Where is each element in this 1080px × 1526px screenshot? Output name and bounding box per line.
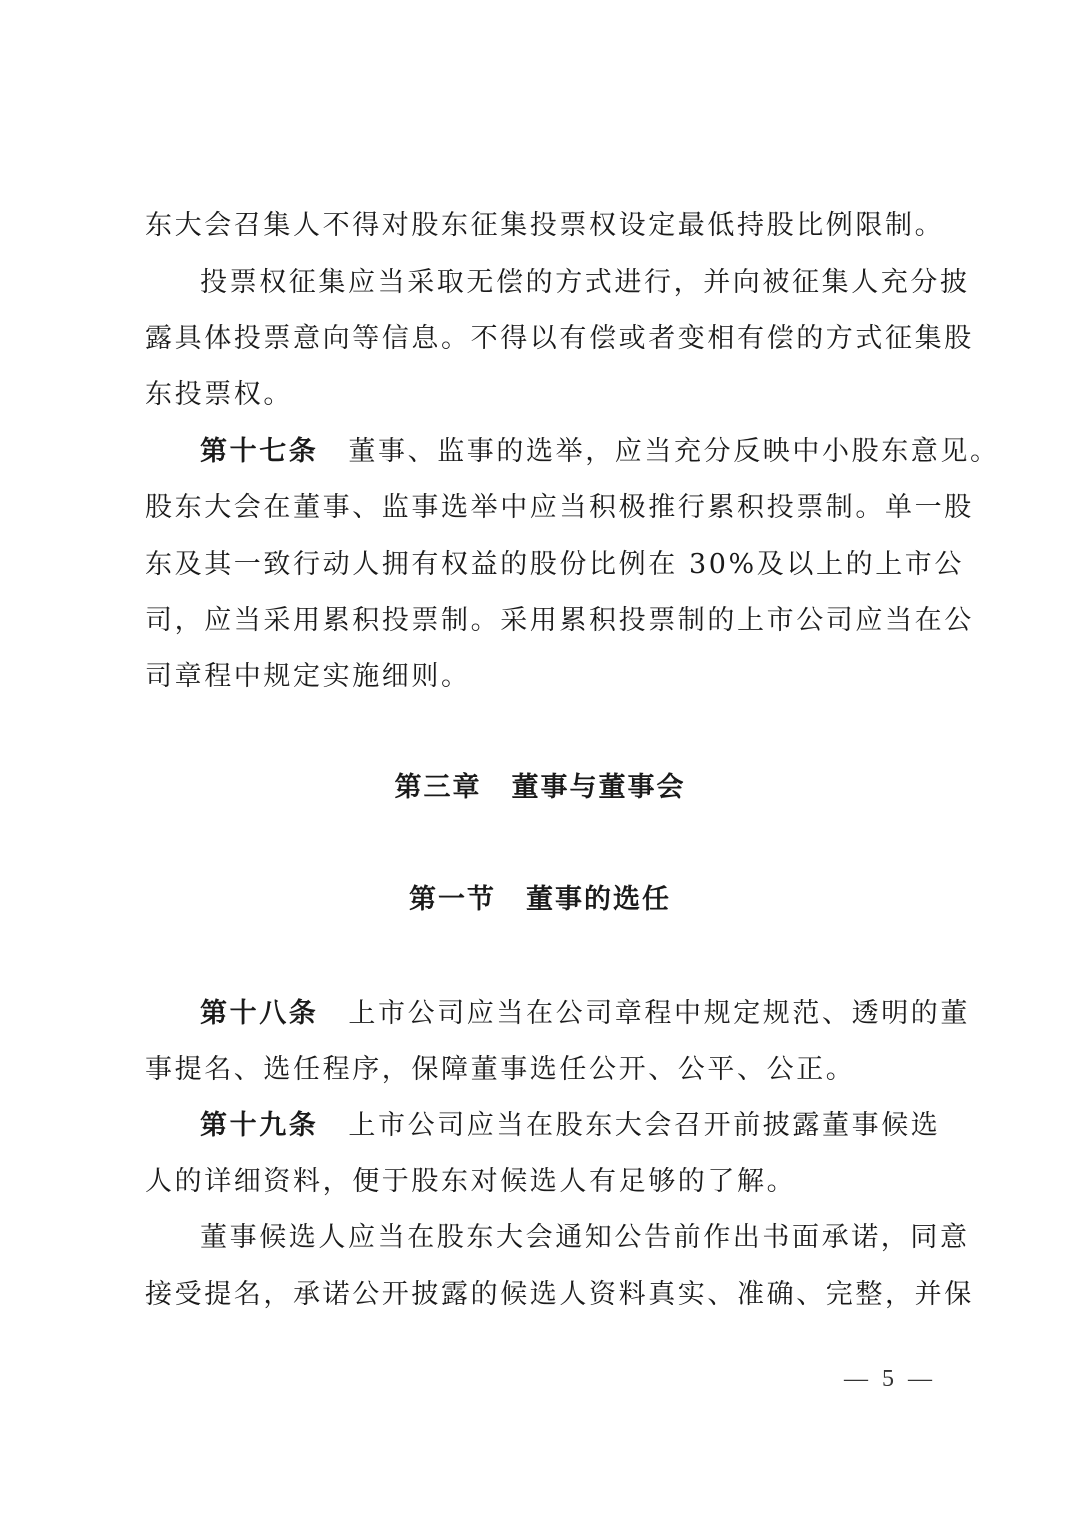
- chapter-heading: 第三章董事与董事会: [0, 768, 1080, 808]
- article-text: 董事、监事的选举，应当充分反映中小股东意见。: [348, 436, 999, 467]
- document-page: 东大会召集人不得对股东征集投票权设定最低持股比例限制。 投票权征集应当采取无偿的…: [0, 0, 1080, 1526]
- text-line: 东及其一致行动人拥有权益的股份比例在 30%及以上的上市公: [145, 545, 937, 585]
- text-line: 股东大会在董事、监事选举中应当积极推行累积投票制。单一股: [145, 488, 937, 528]
- section-heading: 第一节董事的选任: [0, 880, 1080, 920]
- text-line: 司章程中规定实施细则。: [145, 657, 937, 697]
- article-label: 第十九条: [200, 1110, 318, 1141]
- text-line: 事提名、选任程序，保障董事选任公开、公平、公正。: [145, 1050, 937, 1090]
- text-line: 董事候选人应当在股东大会通知公告前作出书面承诺，同意: [200, 1218, 937, 1258]
- article-17-first-line: 第十七条董事、监事的选举，应当充分反映中小股东意见。: [200, 432, 937, 472]
- text-line: 接受提名，承诺公开披露的候选人资料真实、准确、完整，并保: [145, 1275, 937, 1315]
- text-line: 露具体投票意向等信息。不得以有偿或者变相有偿的方式征集股: [145, 319, 937, 359]
- article-label: 第十八条: [200, 998, 318, 1029]
- chapter-title: 董事与董事会: [512, 772, 686, 803]
- text-line: 人的详细资料，便于股东对候选人有足够的了解。: [145, 1162, 937, 1202]
- page-number: — 5 —: [820, 1366, 960, 1393]
- text-line: 司，应当采用累积投票制。采用累积投票制的上市公司应当在公: [145, 601, 937, 641]
- text-line: 东大会召集人不得对股东征集投票权设定最低持股比例限制。: [145, 206, 937, 246]
- section-number: 第一节: [409, 884, 496, 915]
- article-text: 上市公司应当在公司章程中规定规范、透明的董: [348, 998, 970, 1029]
- article-text: 上市公司应当在股东大会召开前披露董事候选: [348, 1110, 940, 1141]
- article-19-first-line: 第十九条上市公司应当在股东大会召开前披露董事候选: [200, 1106, 937, 1146]
- article-label: 第十七条: [200, 436, 318, 467]
- article-18-first-line: 第十八条上市公司应当在公司章程中规定规范、透明的董: [200, 994, 937, 1034]
- text-line: 东投票权。: [145, 375, 937, 415]
- chapter-number: 第三章: [395, 772, 482, 803]
- text-line: 投票权征集应当采取无偿的方式进行，并向被征集人充分披: [200, 263, 937, 303]
- section-title: 董事的选任: [526, 884, 671, 915]
